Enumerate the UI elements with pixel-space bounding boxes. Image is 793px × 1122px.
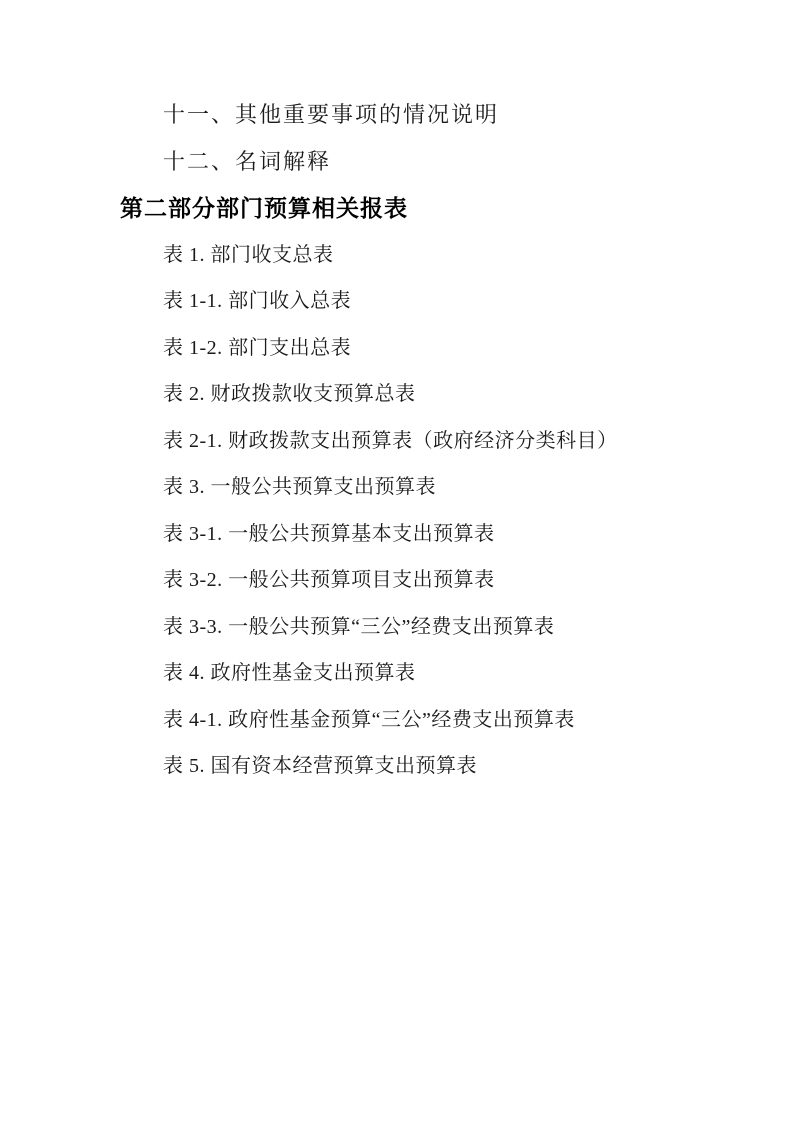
toc-table-item-4: 表 4. 政府性基金支出预算表 — [120, 650, 700, 697]
toc-table-item-1-1: 表 1-1. 部门收入总表 — [120, 278, 700, 325]
document-page: 十一、其他重要事项的情况说明 十二、名词解释 第二部分部门预算相关报表 表 1.… — [0, 0, 793, 1122]
toc-table-item-3-3: 表 3-3. 一般公共预算“三公”经费支出预算表 — [120, 604, 700, 651]
toc-table-item-2-1: 表 2-1. 财政拨款支出预算表（政府经济分类科目） — [120, 418, 700, 465]
toc-table-item-3: 表 3. 一般公共预算支出预算表 — [120, 464, 700, 511]
toc-table-item-4-1: 表 4-1. 政府性基金预算“三公”经费支出预算表 — [120, 697, 700, 744]
toc-table-item-2: 表 2. 财政拨款收支预算总表 — [120, 371, 700, 418]
toc-table-item-3-1: 表 3-1. 一般公共预算基本支出预算表 — [120, 511, 700, 558]
toc-chapter-item-12: 十二、名词解释 — [120, 139, 700, 186]
toc-table-item-1-2: 表 1-2. 部门支出总表 — [120, 325, 700, 372]
toc-chapter-item-11: 十一、其他重要事项的情况说明 — [120, 92, 700, 139]
section-heading-part2: 第二部分部门预算相关报表 — [120, 185, 700, 232]
toc-table-item-3-2: 表 3-2. 一般公共预算项目支出预算表 — [120, 557, 700, 604]
toc-table-item-5: 表 5. 国有资本经营预算支出预算表 — [120, 743, 700, 790]
toc-content: 十一、其他重要事项的情况说明 十二、名词解释 第二部分部门预算相关报表 表 1.… — [120, 92, 700, 790]
toc-table-item-1: 表 1. 部门收支总表 — [120, 232, 700, 279]
